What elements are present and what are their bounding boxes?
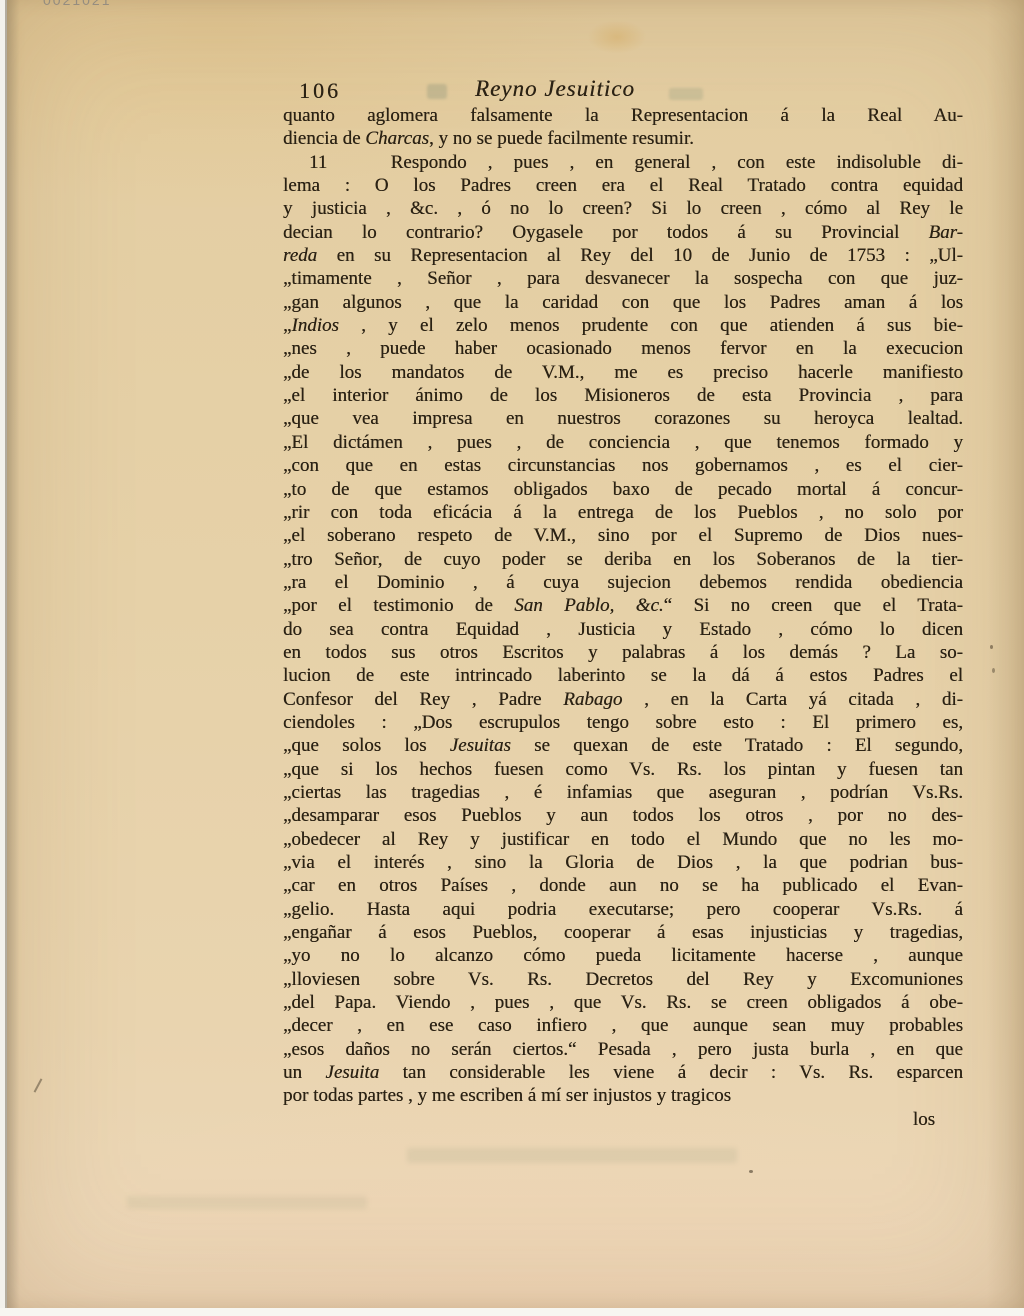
text-line: Confesor del Rey , Padre Rabago , en la … [283,688,963,711]
text-segment: en su Representacion al Rey del 10 de Ju… [317,245,963,266]
text-segment: en todos sus otros Escritos y palabras á… [283,642,963,663]
italic-text-segment: Indios [291,315,339,336]
text-segment: „tro Señor, de cuyo poder se deriba en l… [283,549,963,570]
text-segment: ciendoles : „Dos escrupulos tengo sobre … [283,712,963,733]
text-segment: „via el interés , sino la Gloria de Dios… [283,852,963,873]
scan-edge [0,1308,1024,1316]
text-segment: se quexan de este Tratado : El segundo, [511,735,963,756]
text-segment: lucion de este intrincado laberinto se l… [283,665,963,686]
text-segment: „timamente , Señor , para desvanecer la … [283,268,963,289]
text-segment: „nes , puede haber ocasionado menos ferv… [283,338,963,359]
italic-text-segment: Jesuita [325,1062,379,1083]
text-line: do sea contra Equidad , Justicia y Estad… [283,618,963,641]
text-line: „esos daños no serán ciertos.“ Pesada , … [283,1038,963,1061]
text-line: „del Papa. Viendo , pues , que Vs. Rs. s… [283,991,963,1014]
text-segment: „desamparar esos Pueblos y aun todos los… [283,805,963,826]
text-segment: decian lo contrario? Oygasele por todos … [283,222,929,243]
paper-page: 0021021 106 Reyno Jesuitico quanto aglom… [5,0,1024,1308]
text-line: „El dictámen , pues , de conciencia , qu… [283,431,963,454]
text-line: lucion de este intrincado laberinto se l… [283,664,963,687]
italic-text-segment: Charcas [365,128,429,149]
showthrough-smudge [127,1196,367,1209]
text-segment: 11 Respondo , pues , en general , con es… [309,152,963,173]
book-page-scan: 0021021 106 Reyno Jesuitico quanto aglom… [0,0,1024,1316]
text-segment: „ra el Dominio , á cuya sujecion debemos… [283,572,963,593]
showthrough-smudge [427,84,447,99]
text-line: ciendoles : „Dos escrupulos tengo sobre … [283,711,963,734]
text-line: y justicia , &c. , ó no lo creen? Si lo … [283,197,963,220]
text-line: „to de que estamos obligados baxo de pec… [283,478,963,501]
text-line: un Jesuita tan considerable les viene á … [283,1061,963,1084]
text-line: quanto aglomera falsamente la Representa… [283,104,963,127]
text-segment: „gelio. Hasta aqui podria executarse; pe… [283,899,963,920]
text-segment: „lloviesen sobre Vs. Rs. Decretos del Re… [283,969,963,990]
text-segment: „engañar á esos Pueblos, cooperar á esas… [283,922,963,943]
text-segment: Confesor del Rey , Padre [283,689,563,710]
text-line: „lloviesen sobre Vs. Rs. Decretos del Re… [283,968,963,991]
text-segment: „del Papa. Viendo , pues , que Vs. Rs. s… [283,992,963,1013]
text-segment: „que solos los [283,735,450,756]
text-segment: , y no se puede facilmente resumir. [429,128,694,149]
text-line: „que solos los Jesuitas se quexan de est… [283,734,963,757]
italic-text-segment: reda [283,245,317,266]
pen-mark [34,1078,43,1092]
text-line: „que si los hechos fuesen como Vs. Rs. l… [283,758,963,781]
italic-text-segment: San Pablo, &c. [514,595,663,616]
text-segment: „rir con toda eficácia á la entrega de l… [283,502,963,523]
showthrough-smudge [669,88,703,100]
text-line: „car en otros Países , donde aun no se h… [283,874,963,897]
text-line: 11 Respondo , pues , en general , con es… [283,151,963,174]
text-segment: quanto aglomera falsamente la Representa… [283,105,963,126]
text-line: lema : O los Padres creen era el Real Tr… [283,174,963,197]
text-line: „ra el Dominio , á cuya sujecion debemos… [283,571,963,594]
text-line: „ciertas las tragedias , é infamias que … [283,781,963,804]
page-number: 106 [299,78,341,104]
text-line: „el soberano respeto de V.M., sino por e… [283,524,963,547]
text-segment: , en la Carta yá citada , di- [622,689,963,710]
showthrough-smudge [407,1148,737,1163]
text-line: „decer , en ese caso infiero , que aunqu… [283,1014,963,1037]
text-segment: por todas partes , y me escriben á mí se… [283,1085,731,1106]
text-segment: lema : O los Padres creen era el Real Tr… [283,175,963,196]
corner-stamp: 0021021 [43,0,112,8]
text-line: „que vea impresa en nuestros corazones s… [283,407,963,430]
text-block: quanto aglomera falsamente la Representa… [283,104,963,1108]
text-line: reda en su Representacion al Rey del 10 … [283,244,963,267]
italic-text-segment: Bar- [929,222,963,243]
italic-text-segment: Rabago [563,689,622,710]
text-segment: „decer , en ese caso infiero , que aunqu… [283,1015,963,1036]
catchword-row: los [283,1108,963,1131]
text-segment: “ Si no creen que el Trata- [664,595,963,616]
text-segment: „esos daños no serán ciertos.“ Pesada , … [283,1039,963,1060]
text-segment: y justicia , &c. , ó no lo creen? Si lo … [283,198,963,219]
text-segment: „car en otros Países , donde aun no se h… [283,875,963,896]
text-line: „nes , puede haber ocasionado menos ferv… [283,337,963,360]
text-line: „de los mandatos de V.M., me es preciso … [283,361,963,384]
text-segment: do sea contra Equidad , Justicia y Estad… [283,619,963,640]
text-segment: „de los mandatos de V.M., me es preciso … [283,362,963,383]
paper-stain [587,20,647,54]
text-segment: „to de que estamos obligados baxo de pec… [283,479,963,500]
text-line: „rir con toda eficácia á la entrega de l… [283,501,963,524]
text-segment: „con que en estas circunstancias nos gob… [283,455,963,476]
text-line: „engañar á esos Pueblos, cooperar á esas… [283,921,963,944]
text-segment: „que si los hechos fuesen como Vs. Rs. l… [283,759,963,780]
italic-text-segment: Jesuitas [450,735,511,756]
text-segment: diencia de [283,128,365,149]
text-line: diencia de Charcas, y no se puede facilm… [283,127,963,150]
text-line: „obedecer al Rey y justificar en todo el… [283,828,963,851]
text-line: „tro Señor, de cuyo poder se deriba en l… [283,548,963,571]
text-segment: „yo no lo alcanzo cómo pueda licitamente… [283,945,963,966]
text-segment: „ciertas las tragedias , é infamias que … [283,782,963,803]
text-segment: „que vea impresa en nuestros corazones s… [283,408,963,429]
page-header: 106 Reyno Jesuitico [283,78,963,104]
ink-speck [990,645,993,649]
text-segment: , y el zelo menos prudente con que atien… [339,315,963,336]
text-line: „con que en estas circunstancias nos gob… [283,454,963,477]
text-segment: un [283,1062,325,1083]
ink-speck [749,1170,753,1173]
text-line: „timamente , Señor , para desvanecer la … [283,267,963,290]
text-segment: „El dictámen , pues , de conciencia , qu… [283,432,963,453]
text-line: por todas partes , y me escriben á mí se… [283,1084,963,1107]
text-segment: „por el testimonio de [283,595,514,616]
text-line: „Indios , y el zelo menos prudente con q… [283,314,963,337]
text-segment: „obedecer al Rey y justificar en todo el… [283,829,963,850]
text-segment: „gan algunos , que la caridad con que lo… [283,292,963,313]
text-line: „yo no lo alcanzo cómo pueda licitamente… [283,944,963,967]
text-line: „gan algunos , que la caridad con que lo… [283,291,963,314]
text-line: „via el interés , sino la Gloria de Dios… [283,851,963,874]
ink-speck [992,668,995,673]
running-title: Reyno Jesuitico [475,76,635,102]
text-line: „desamparar esos Pueblos y aun todos los… [283,804,963,827]
text-line: „gelio. Hasta aqui podria executarse; pe… [283,898,963,921]
text-line: decian lo contrario? Oygasele por todos … [283,221,963,244]
text-line: en todos sus otros Escritos y palabras á… [283,641,963,664]
text-line: „por el testimonio de San Pablo, &c.“ Si… [283,594,963,617]
catchword: los [913,1109,935,1130]
text-segment: „el soberano respeto de V.M., sino por e… [283,525,963,546]
text-segment: „el interior ánimo de los Misioneros de … [283,385,963,406]
text-line: „el interior ánimo de los Misioneros de … [283,384,963,407]
text-segment: tan considerable les viene á decir : Vs.… [379,1062,963,1083]
